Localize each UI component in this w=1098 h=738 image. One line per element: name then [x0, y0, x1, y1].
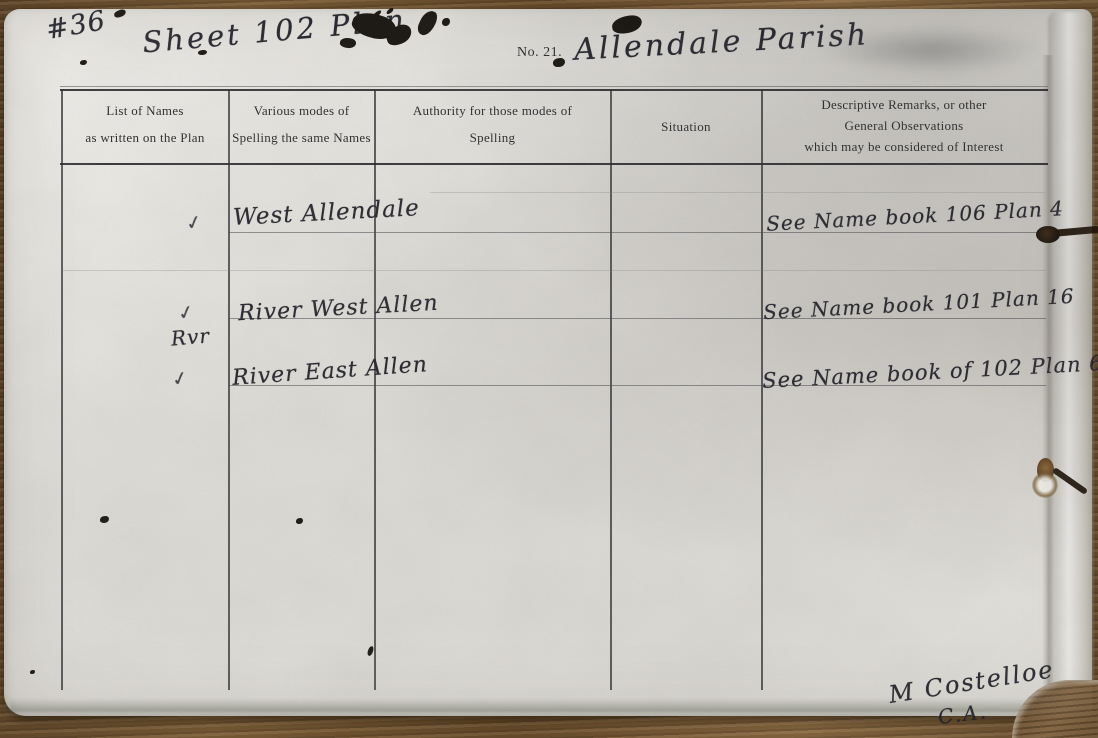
row-rule-3	[228, 385, 1046, 386]
column-header-spelling-modes: Various modes of Spelling the same Names	[229, 97, 374, 151]
row-rule-faint-mid	[62, 270, 1046, 271]
column-header-spelling-modes-line2: Spelling the same Names	[229, 124, 374, 151]
column-divider-left	[61, 90, 63, 690]
column-header-names-line1: List of Names	[62, 97, 228, 124]
column-header-remarks-line2: General Observations	[762, 115, 1046, 136]
surveyor-credential: C.A.	[937, 699, 989, 729]
row-2-name-note: Rvr	[170, 323, 211, 350]
binding-hole	[1036, 226, 1060, 243]
column-header-spelling-modes-line1: Various modes of	[229, 97, 374, 124]
column-header-remarks: Descriptive Remarks, or other General Ob…	[762, 94, 1046, 157]
column-header-names: List of Names as written on the Plan	[62, 97, 228, 151]
scanned-document: #36 Sheet 102 Plan No. 21. Allendale Par…	[0, 0, 1098, 738]
table-top-rule-thin	[60, 86, 1048, 87]
column-divider-1	[228, 90, 230, 690]
column-divider-3	[610, 90, 612, 690]
row-rule-1	[228, 232, 1046, 233]
column-header-authority: Authority for those modes of Spelling	[375, 97, 610, 151]
binding-eyelet	[1032, 472, 1058, 498]
column-header-situation: Situation	[611, 113, 761, 140]
column-header-names-line2: as written on the Plan	[62, 124, 228, 151]
table-header-bottom-rule	[60, 163, 1048, 165]
column-header-remarks-line1: Descriptive Remarks, or other	[762, 94, 1046, 115]
column-header-authority-line2: Spelling	[375, 124, 610, 151]
column-header-situation-line1: Situation	[611, 113, 761, 140]
column-header-authority-line1: Authority for those modes of	[375, 97, 610, 124]
table-top-rule	[60, 89, 1048, 91]
column-divider-2	[374, 90, 376, 690]
column-header-remarks-line3: which may be considered of Interest	[762, 136, 1046, 157]
row-rule-faint-upper	[430, 192, 1045, 193]
